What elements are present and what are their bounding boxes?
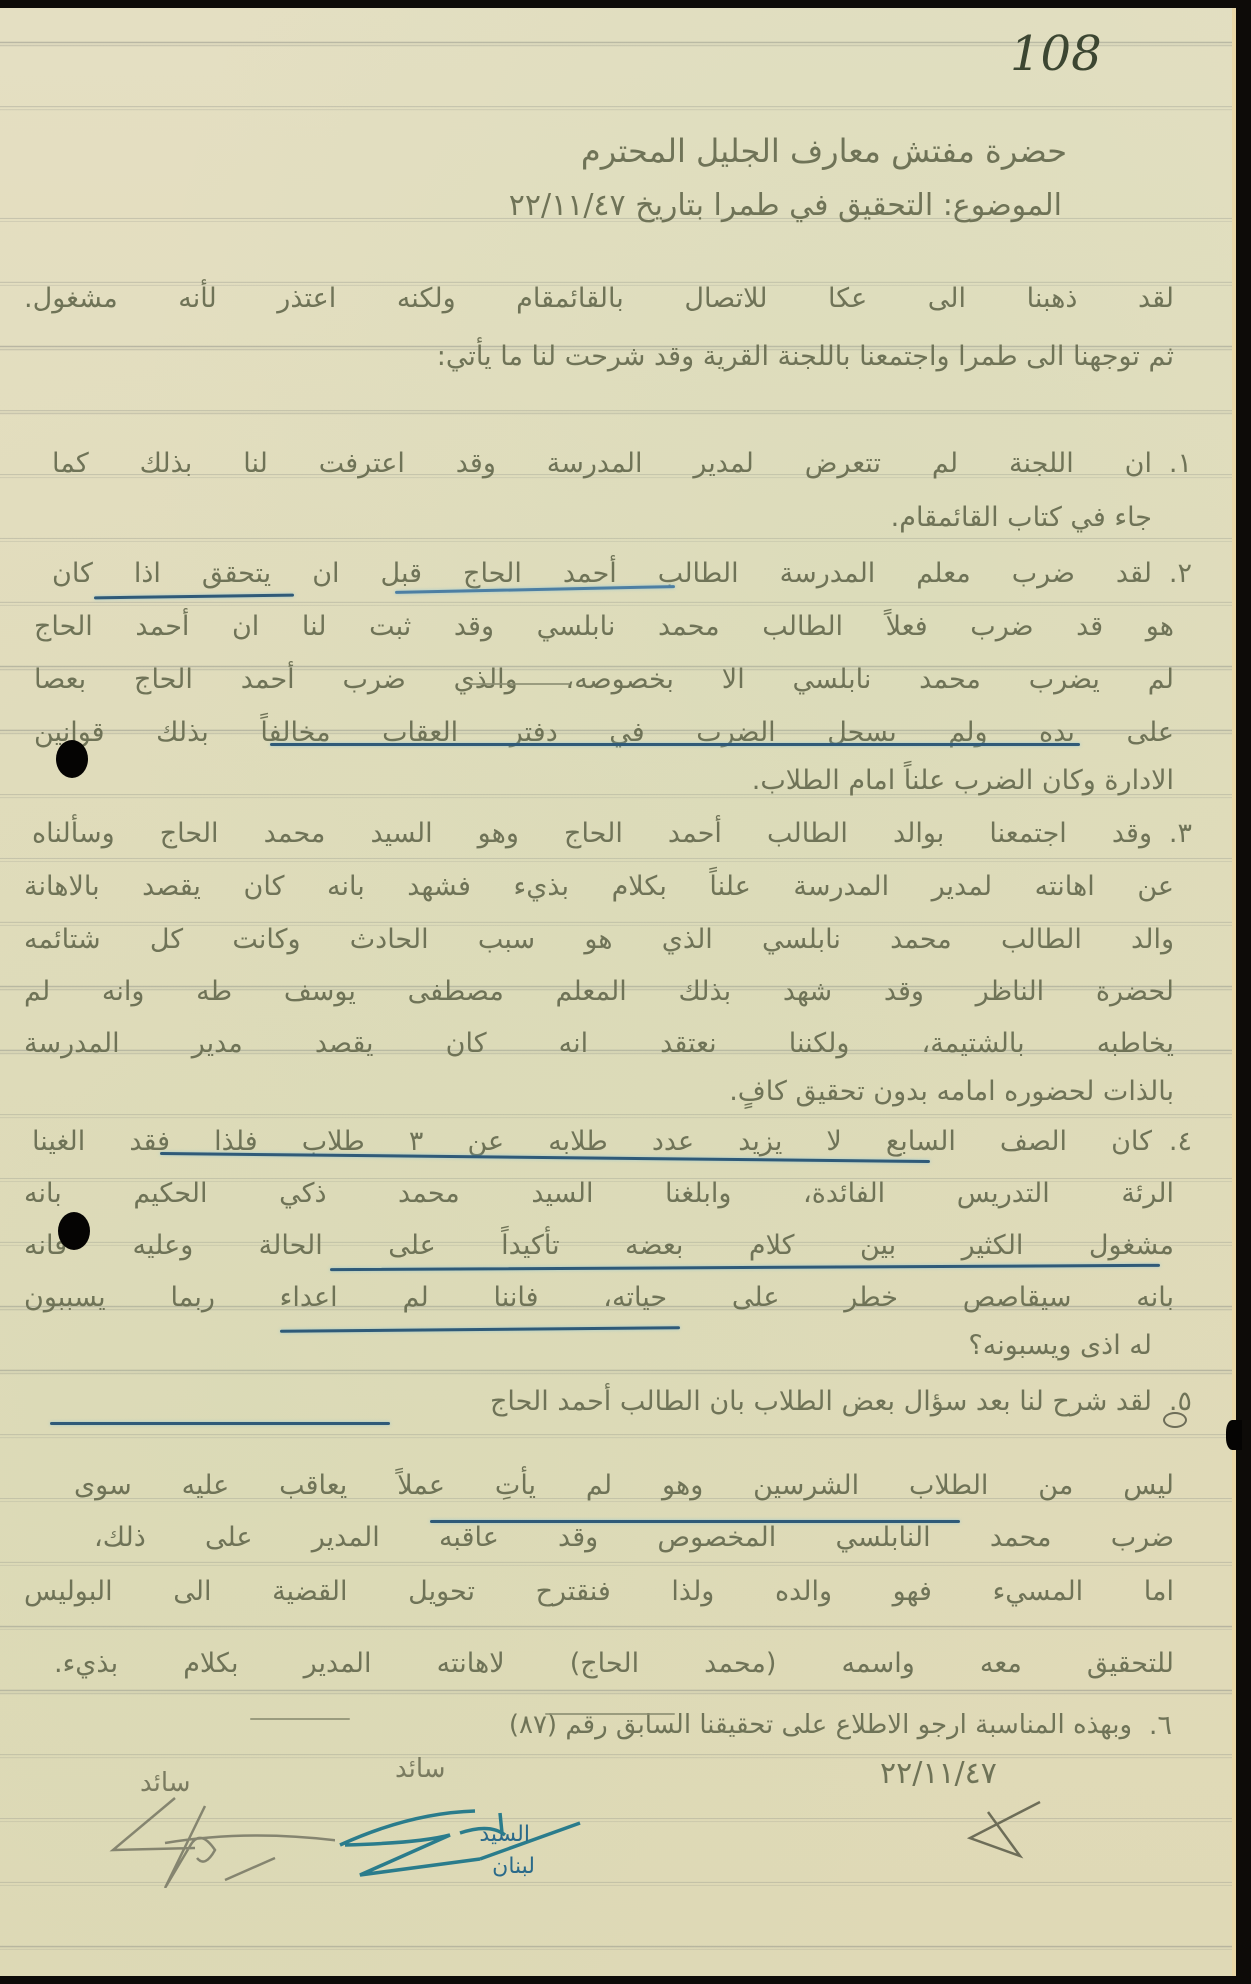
- item-number: ١.: [1169, 448, 1192, 479]
- closing-line: ضرب محمد النابلسي المخصوص وقد عاقبه المد…: [94, 1522, 1174, 1553]
- blue-underline: [270, 743, 1080, 746]
- item-line: لم يضرب محمد نابلسي الا بخصوصه، والذي ضر…: [34, 664, 1174, 695]
- item-number: ٤.: [1169, 1126, 1192, 1157]
- intro-line: لقد ذهبنا الى عكا للاتصال بالقائمقام ولك…: [24, 283, 1174, 314]
- edge-tear: [1226, 1420, 1242, 1450]
- item-line: لقد شرح لنا بعد سؤال بعض الطلاب بان الطا…: [490, 1386, 1152, 1417]
- signature-label: سائد: [395, 1754, 446, 1784]
- item-line: مشغول الكثير بين كلام بعضه تأكيداً على ا…: [24, 1230, 1174, 1261]
- signature-name: لبنان: [492, 1854, 535, 1879]
- blue-underline: [280, 1326, 680, 1332]
- hole-punch: [58, 1212, 90, 1250]
- item-line: هو قد ضرب فعلاً الطالب محمد نابلسي وقد ث…: [34, 611, 1174, 642]
- closing-line: ليس من الطلاب الشرسين وهو لم يأتِ عملاً …: [74, 1470, 1174, 1501]
- item-number: ٣.: [1169, 818, 1192, 849]
- intro-line: ثم توجهنا الى طمرا واجتمعنا باللجنة القر…: [437, 341, 1174, 372]
- date: ٢٢/١١/٤٧: [880, 1756, 997, 1791]
- page-number: 108: [1010, 26, 1102, 82]
- item-line: الرئة التدريس الفائدة، وابلغنا السيد محم…: [24, 1178, 1174, 1209]
- salutation: حضرة مفتش معارف الجليل المحترم: [581, 132, 1067, 170]
- signature-name: السيد: [479, 1822, 530, 1847]
- item-line: يخاطبه بالشتيمة، ولكننا نعتقد انه كان يق…: [24, 1028, 1174, 1059]
- item-line: بانه سيقاصص خطر على حياته، فاننا لم اعدا…: [24, 1282, 1174, 1313]
- item-line: عن اهانته لمدير المدرسة علناً بكلام بذيء…: [24, 871, 1174, 902]
- hole-punch: [56, 740, 88, 778]
- item-line: بالذات لحضوره امامه بدون تحقيق كافٍ.: [729, 1076, 1174, 1107]
- item-line: لقد ضرب معلم المدرسة الطالب أحمد الحاج ق…: [52, 558, 1152, 589]
- closing-line: للتحقيق معه واسمه (محمد الحاج) لاهانته ا…: [54, 1648, 1174, 1679]
- item-number: ٢.: [1169, 558, 1192, 589]
- closing-line: اما المسيء فهو والده ولذا فنقترح تحويل ا…: [24, 1576, 1174, 1607]
- item-number: ٦.: [1149, 1710, 1172, 1741]
- item-line: والد الطالب محمد نابلسي الذي هو سبب الحا…: [24, 924, 1174, 955]
- pencil-underline: [545, 1713, 675, 1715]
- blue-underline: [430, 1520, 960, 1523]
- item-line: له اذى ويسبونه؟: [968, 1330, 1152, 1361]
- signature-pencil: [105, 1788, 335, 1888]
- blue-underline: [50, 1422, 390, 1425]
- pencil-circle-mark: [1163, 1412, 1187, 1428]
- document-page: 108 حضرة مفتش معارف الجليل المحترم الموض…: [0, 8, 1236, 1976]
- pencil-underline: [470, 683, 570, 685]
- pencil-check-mark: [960, 1798, 1060, 1868]
- subject-line: الموضوع: التحقيق في طمرا بتاريخ ٢٢/١١/٤٧: [509, 188, 1062, 223]
- blue-underline: [94, 594, 294, 600]
- signature-blue-ink: السيد لبنان: [330, 1793, 590, 1883]
- pencil-underline: [250, 1718, 350, 1720]
- item-line: جاء في كتاب القائمقام.: [891, 502, 1152, 533]
- item-line: وقد اجتمعنا بوالد الطالب أحمد الحاج وهو …: [32, 818, 1152, 849]
- item-line: لحضرة الناظر وقد شهد بذلك المعلم مصطفى ي…: [24, 976, 1174, 1007]
- item-line: الادارة وكان الضرب علناً امام الطلاب.: [752, 765, 1174, 796]
- blue-underline: [330, 1264, 1160, 1271]
- item-line: ان اللجنة لم تتعرض لمدير المدرسة وقد اعت…: [52, 448, 1152, 479]
